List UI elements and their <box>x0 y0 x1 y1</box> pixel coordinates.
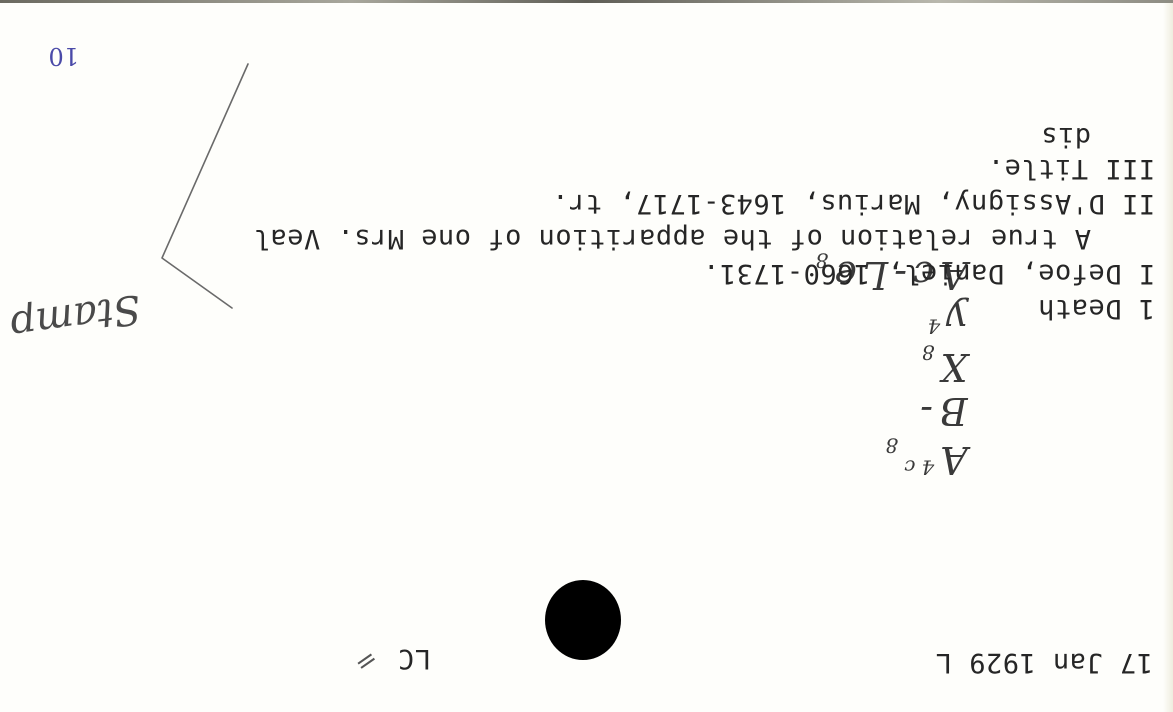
scan-top-edge <box>0 0 1173 3</box>
scan-right-edge <box>1163 0 1173 712</box>
catalog-card: 17 Jan 1929 L LC = A4c8 B- X8 y4 Ac-Le8 … <box>0 0 1173 712</box>
pencil-check-line <box>0 0 1173 712</box>
